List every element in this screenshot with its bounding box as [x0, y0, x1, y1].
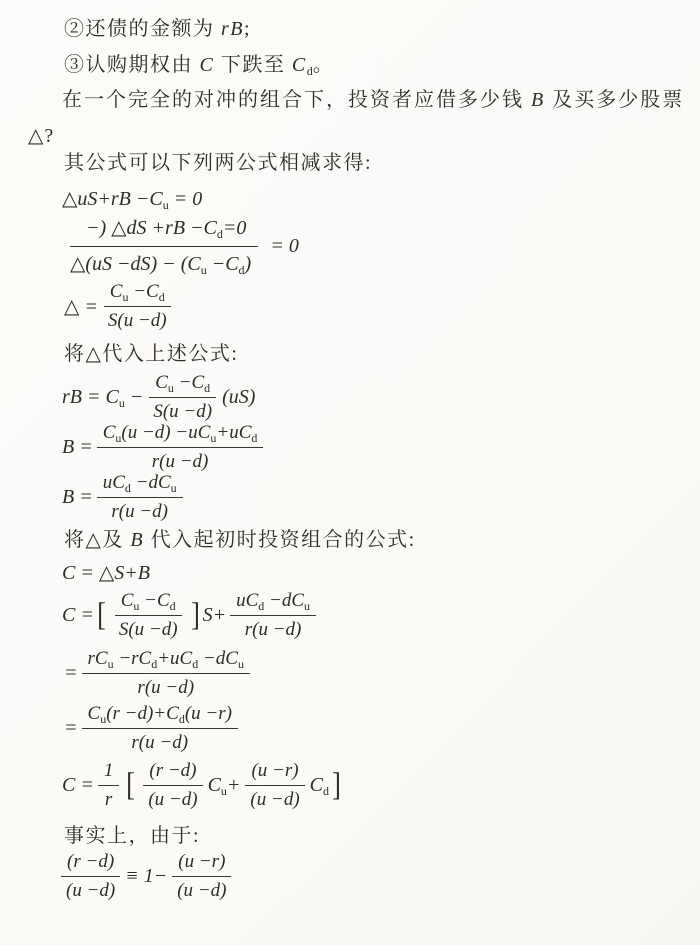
heading3-text-b: 代入起初时投资组合的公式:: [144, 529, 416, 551]
question-line-2: △?: [28, 123, 684, 150]
var-rB: rB: [221, 18, 244, 40]
eq7-body: C = △S+B: [62, 560, 150, 585]
eq12-fraction-2: (u −r) (u −d): [171, 851, 232, 902]
heading-in-fact-text: 事实上，由于:: [64, 825, 200, 847]
eq9-lhs: =: [64, 662, 78, 685]
eq3-lhs: △ =: [64, 294, 98, 319]
eq11-lhs: C =: [62, 774, 94, 797]
eq4-fraction: Cu −Cd S(u −d): [147, 372, 218, 423]
formula-rB: rB = Cu − Cu −Cd S(u −d) (uS): [62, 372, 255, 423]
delta-question: △?: [28, 125, 54, 147]
eq11-fraction-ur: (u −r) (u −d): [244, 760, 305, 811]
eq10-lhs: =: [64, 717, 78, 740]
elimination-result: △(uS −dS) − (Cu −Cd): [70, 246, 258, 276]
question-text-b: 及买多少股票: [545, 89, 684, 111]
eq11-Cu: Cu: [208, 774, 227, 797]
eq6-fraction: uCd −dCu r(u −d): [97, 472, 183, 523]
eq11-Cd: Cd: [310, 774, 329, 797]
var-C: C: [200, 54, 215, 76]
eq4-lhs: rB = Cu −: [62, 386, 143, 409]
question-line-1: 在一个完全的对冲的组合下，投资者应借多少钱 B 及买多少股票: [28, 87, 684, 114]
heading-formula-intro-text: 其公式可以下列两公式相减求得:: [64, 152, 372, 174]
formula-C-step2: = rCu −rCd+uCd −dCu r(u −d): [64, 648, 254, 699]
question-text-a: 在一个完全的对冲的组合下，投资者应借多少钱: [62, 89, 531, 111]
scanned-textbook-page: ②还债的金额为 rB; ③认购期权由 C 下跌至 Cd。 在一个完全的对冲的组合…: [0, 0, 700, 945]
right-bracket: ]: [332, 769, 341, 802]
formula-elimination-block: −) △dS +rB −Cd=0 △(uS −dS) − (Cu −Cd) = …: [70, 217, 299, 276]
eq11-fraction-1r: 1 r: [98, 760, 120, 811]
formula-C-final: C = 1 r [ (r −d) (u −d) Cu + (u −r) (u −…: [62, 760, 344, 811]
eq8-fraction-1: Cu −Cd S(u −d): [113, 590, 184, 641]
formula-eq1: △uS+rB −Cu = 0: [62, 186, 202, 211]
var-B: B: [531, 89, 545, 111]
formula-C-substituted: C = [ Cu −Cd S(u −d) ] S+ uCd −dCu r(u −…: [62, 590, 320, 641]
heading3-text-a: 将△及: [64, 529, 130, 551]
list-item-2-punct: ;: [244, 18, 251, 40]
list-item-2-text: ②还债的金额为: [64, 18, 221, 40]
eq9-fraction: rCu −rCd+uCd −dCu r(u −d): [82, 648, 250, 699]
var-Cd: Cd: [292, 54, 313, 76]
list-item-3-mid: 下跌至: [214, 54, 292, 76]
heading-substitute-delta-B: 将△及 B 代入起初时投资组合的公式:: [64, 527, 416, 554]
elimination-subtrahend: −) △dS +rB −Cd=0: [70, 217, 258, 246]
formula-B-expanded: B = Cu(u −d) −uCu+uCd r(u −d): [62, 422, 267, 473]
list-item-2: ②还债的金额为 rB;: [64, 16, 251, 43]
list-item-3-text: ③认购期权由: [64, 54, 200, 76]
elimination-stack: −) △dS +rB −Cd=0 △(uS −dS) − (Cu −Cd): [70, 217, 258, 276]
heading-substitute-delta: 将△代入上述公式:: [64, 341, 238, 368]
left-bracket: [: [126, 769, 135, 802]
formula-portfolio: C = △S+B: [62, 560, 150, 585]
eq10-fraction: Cu(r −d)+Cd(u −r) r(u −d): [82, 703, 238, 754]
list-item-3: ③认购期权由 C 下跌至 Cd。: [64, 52, 334, 79]
eq5-fraction: Cu(u −d) −uCu+uCd r(u −d): [97, 422, 264, 473]
eq12-fraction-1: (r −d) (u −d): [60, 851, 121, 902]
right-bracket: ]: [191, 599, 200, 632]
eq4-tail: (uS): [222, 386, 255, 409]
eq11-fraction-rd: (r −d) (u −d): [142, 760, 203, 811]
eq12-identity-mid: ≡ 1−: [125, 865, 167, 888]
formula-identity: (r −d) (u −d) ≡ 1− (u −r) (u −d): [56, 851, 236, 902]
list-item-3-punct: 。: [313, 54, 335, 76]
var-B-2: B: [130, 529, 144, 551]
formula-C-step3: = Cu(r −d)+Cd(u −r) r(u −d): [64, 703, 242, 754]
formula-B-simplified: B = uCd −dCu r(u −d): [62, 472, 187, 523]
eq6-lhs: B =: [62, 486, 93, 509]
eq11-plus: +: [227, 774, 241, 797]
eq5-lhs: B =: [62, 436, 93, 459]
formula-delta: △ = Cu −Cd S(u −d): [64, 281, 177, 332]
eq8-lhs: C =: [62, 604, 94, 627]
eq3-fraction: Cu −Cd S(u −d): [102, 281, 173, 332]
heading-formula-intro: 其公式可以下列两公式相减求得:: [64, 150, 372, 177]
eq1-lhs: △uS+rB −Cu = 0: [62, 186, 202, 211]
left-bracket: [: [97, 599, 106, 632]
question-paragraph: 在一个完全的对冲的组合下，投资者应借多少钱 B 及买多少股票 △?: [28, 87, 684, 150]
heading-in-fact: 事实上，由于:: [64, 823, 200, 850]
eq8-mid: S+: [203, 604, 227, 627]
elimination-rhs: = 0: [270, 235, 299, 258]
eq8-fraction-2: uCd −dCu r(u −d): [230, 590, 316, 641]
heading-substitute-delta-text: 将△代入上述公式:: [64, 343, 238, 365]
